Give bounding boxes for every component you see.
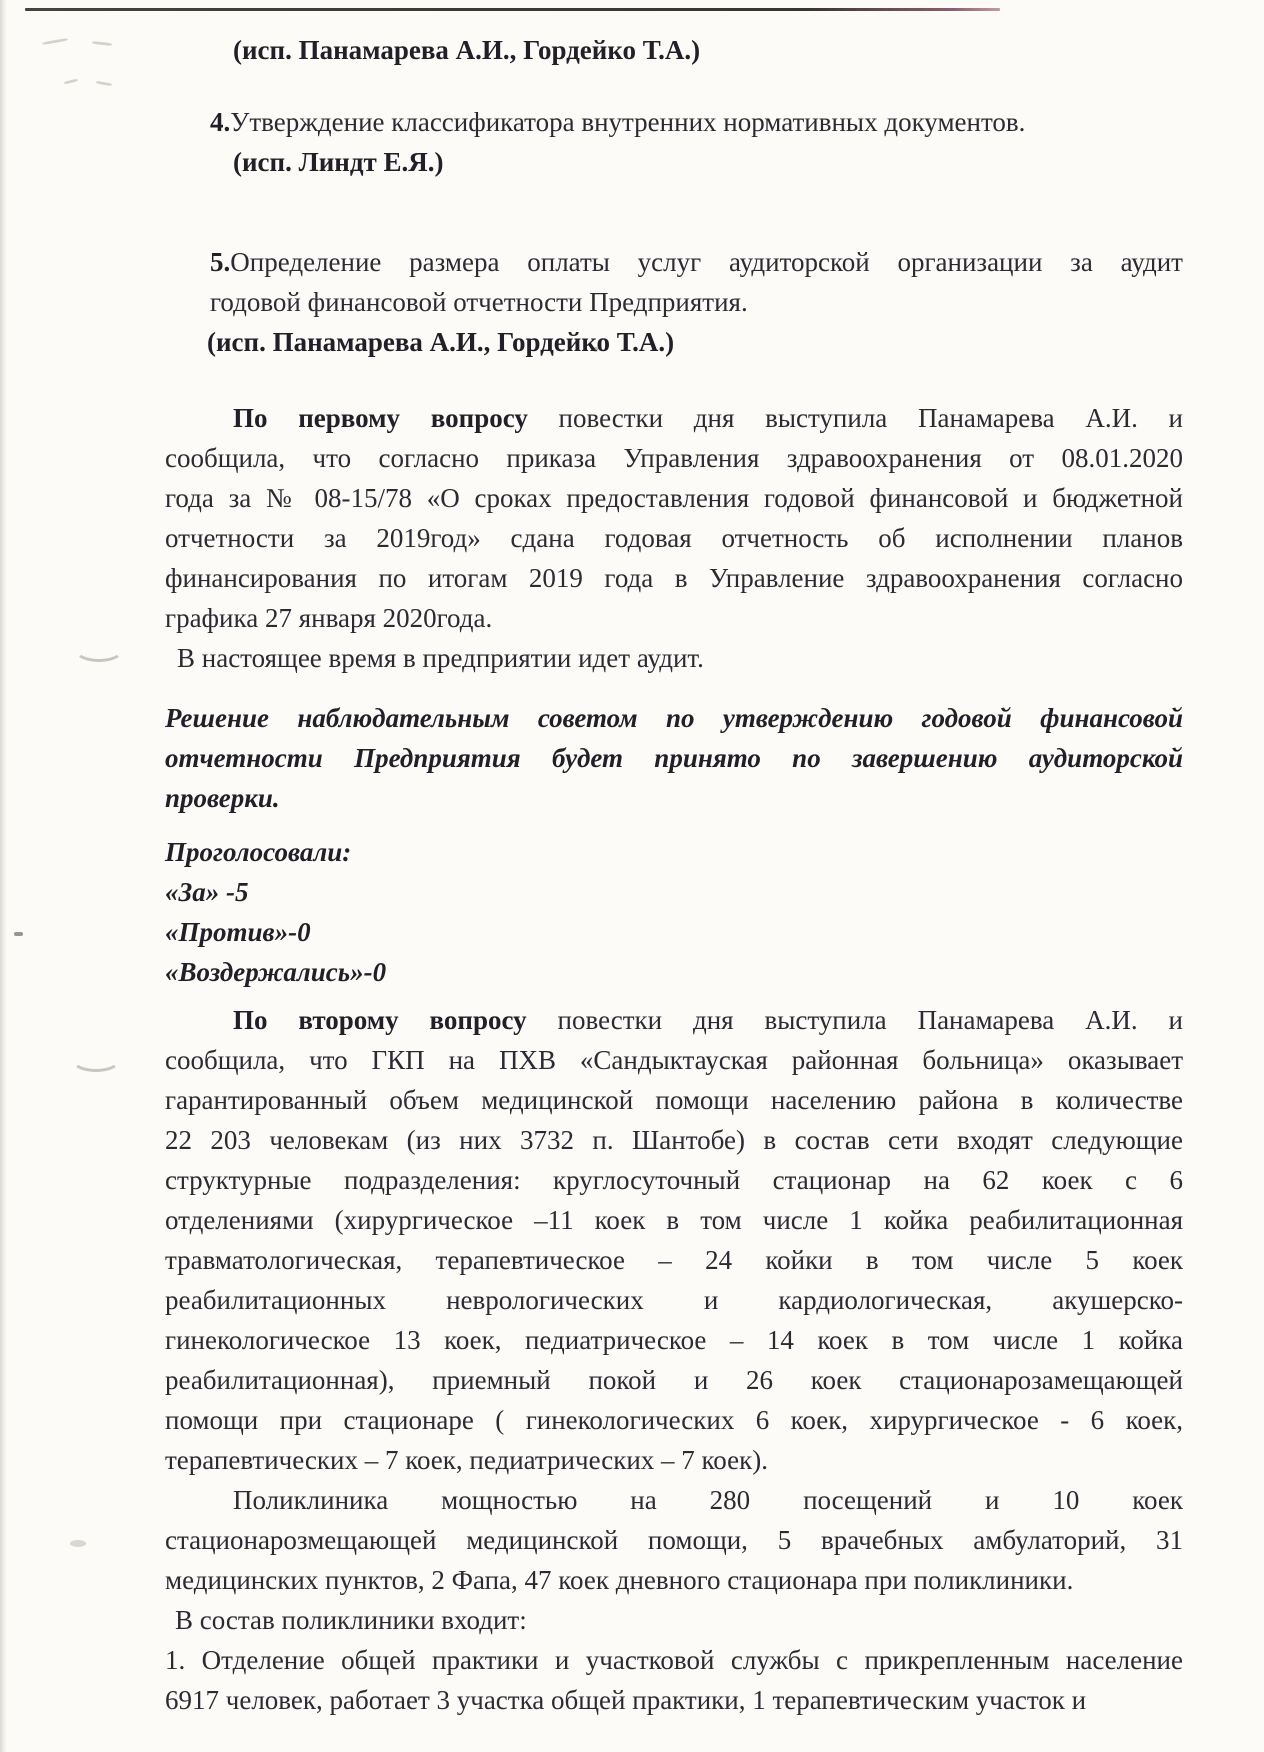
voting-results-line: Проголосовали: bbox=[165, 832, 1183, 872]
scanner-edge-shadow bbox=[0, 0, 7, 1752]
scan-artifact-pencil-mark bbox=[92, 41, 112, 46]
text-segment: 4. bbox=[210, 107, 230, 137]
question-2-paragraph-line: гинекологическое 13 коек, педиатрическое… bbox=[165, 1320, 1183, 1360]
question-2-paragraph-line: медицинских пунктов, 2 Фапа, 47 коек дне… bbox=[165, 1560, 1183, 1600]
voting-results-line: «Воздержались»-0 bbox=[165, 952, 1183, 992]
text-segment: отделениями (хирургическое –11 коек в то… bbox=[165, 1205, 1183, 1235]
text-segment: гарантированный объем медицинской помощи… bbox=[165, 1085, 1183, 1115]
scan-artifact-smudge bbox=[70, 1540, 86, 1547]
text-segment: отчетности Предприятия будет принято по … bbox=[165, 743, 1183, 773]
agenda-item-5-line: (исп. Панамарева А.И., Гордейко Т.А.) bbox=[165, 322, 1183, 362]
question-2-paragraph-line: По второму вопросу повестки дня выступил… bbox=[165, 1000, 1183, 1040]
text-segment: повестки дня выступила Панамарева А.И. и bbox=[528, 403, 1183, 433]
question-2-paragraph-line: терапевтических – 7 коек, педиатрических… bbox=[165, 1440, 1183, 1480]
question-2-paragraph-line: реабилитационная), приемный покой и 26 к… bbox=[165, 1360, 1183, 1400]
executors-line-top-line: (исп. Панамарева А.И., Гордейко Т.А.) bbox=[165, 30, 1183, 70]
decision-paragraph-line: Решение наблюдательным советом по утверж… bbox=[165, 698, 1183, 738]
question-1-paragraph-line: графика 27 января 2020года. bbox=[165, 598, 1183, 638]
text-segment: терапевтических – 7 коек, педиатрических… bbox=[165, 1445, 768, 1475]
text-segment: сообщила, что согласно приказа Управлени… bbox=[165, 443, 1183, 473]
document-body: (исп. Панамарева А.И., Гордейко Т.А.)4.У… bbox=[165, 30, 1183, 1720]
text-segment: Определение размера оплаты услуг аудитор… bbox=[230, 247, 1183, 277]
text-segment: повестки дня выступила Панамарева А.И. и bbox=[527, 1005, 1183, 1035]
question-1-paragraph-line: В настоящее время в предприятии идет ауд… bbox=[165, 638, 1183, 678]
text-segment: отчетности за 2019год» сдана годовая отч… bbox=[165, 523, 1183, 553]
executors-line-top: (исп. Панамарева А.И., Гордейко Т.А.) bbox=[165, 30, 1183, 70]
question-1-paragraph-line: По первому вопросу повестки дня выступил… bbox=[165, 398, 1183, 438]
scan-artifact-curved-mark bbox=[74, 636, 124, 662]
decision-paragraph-line: отчетности Предприятия будет принято по … bbox=[165, 738, 1183, 778]
question-1-paragraph: По первому вопросу повестки дня выступил… bbox=[165, 398, 1183, 678]
text-segment: помощи при стационаре ( гинекологических… bbox=[165, 1405, 1183, 1435]
text-segment: Утверждение классификатора внутренних но… bbox=[230, 107, 1025, 137]
text-segment: (исп. Линдт Е.Я.) bbox=[233, 147, 444, 177]
question-2-paragraph-line: гарантированный объем медицинской помощи… bbox=[165, 1080, 1183, 1120]
text-segment: Решение наблюдательным советом по утверж… bbox=[165, 703, 1183, 733]
text-segment: гинекологическое 13 коек, педиатрическое… bbox=[165, 1325, 1183, 1355]
agenda-item-5-line: 5.Определение размера оплаты услуг аудит… bbox=[165, 242, 1183, 282]
scanned-document-page: (исп. Панамарева А.И., Гордейко Т.А.)4.У… bbox=[0, 0, 1264, 1752]
text-segment: годовой финансовой отчетности Предприяти… bbox=[210, 287, 748, 317]
text-segment: года за № 08-15/78 «О сроках предоставле… bbox=[165, 483, 1183, 513]
text-segment: В состав поликлиники входит: bbox=[175, 1605, 527, 1635]
question-2-paragraph-line: 1. Отделение общей практики и участковой… bbox=[165, 1640, 1183, 1680]
text-segment: «Против»-0 bbox=[165, 917, 311, 947]
question-2-paragraph-line: отделениями (хирургическое –11 коек в то… bbox=[165, 1200, 1183, 1240]
question-1-paragraph-line: отчетности за 2019год» сдана годовая отч… bbox=[165, 518, 1183, 558]
scan-artifact-top-line bbox=[25, 8, 1000, 11]
text-segment: По второму вопросу bbox=[233, 1005, 527, 1035]
question-2-paragraph-line: травматологическая, терапевтическое – 24… bbox=[165, 1240, 1183, 1280]
text-segment: В настоящее время в предприятии идет ауд… bbox=[177, 643, 704, 673]
text-segment: 6917 человек, работает 3 участка общей п… bbox=[165, 1685, 1086, 1715]
text-segment: травматологическая, терапевтическое – 24… bbox=[165, 1245, 1183, 1275]
text-segment: реабилитационных неврологических и карди… bbox=[165, 1285, 1183, 1315]
text-segment: (исп. Панамарева А.И., Гордейко Т.А.) bbox=[207, 327, 674, 357]
text-segment: финансирования по итогам 2019 года в Упр… bbox=[165, 563, 1183, 593]
voting-results: Проголосовали:«За» -5«Против»-0«Воздержа… bbox=[165, 832, 1183, 992]
text-segment: сообщила, что ГКП на ПХВ «Сандыктауская … bbox=[165, 1045, 1183, 1075]
text-segment: 22 203 человекам (из них 3732 п. Шантобе… bbox=[165, 1125, 1183, 1155]
question-2-paragraph-line: стационарозмещающей медицинской помощи, … bbox=[165, 1520, 1183, 1560]
agenda-item-4-line: (исп. Линдт Е.Я.) bbox=[165, 142, 1183, 182]
text-segment: 1. Отделение общей практики и участковой… bbox=[165, 1645, 1183, 1675]
decision-paragraph: Решение наблюдательным советом по утверж… bbox=[165, 698, 1183, 818]
question-2-paragraph-line: 6917 человек, работает 3 участка общей п… bbox=[165, 1680, 1183, 1720]
text-segment: «Воздержались»-0 bbox=[165, 957, 386, 987]
question-2-paragraph-line: структурные подразделения: круглосуточны… bbox=[165, 1160, 1183, 1200]
decision-paragraph-line: проверки. bbox=[165, 778, 1183, 818]
agenda-item-4: 4.Утверждение классификатора внутренних … bbox=[165, 102, 1183, 182]
text-segment: проверки. bbox=[165, 783, 280, 813]
question-2-paragraph-line: Поликлиника мощностью на 280 посещений и… bbox=[165, 1480, 1183, 1520]
agenda-item-4-line: 4.Утверждение классификатора внутренних … bbox=[165, 102, 1183, 142]
scan-artifact-curved-mark bbox=[71, 1046, 121, 1072]
question-1-paragraph-line: сообщила, что согласно приказа Управлени… bbox=[165, 438, 1183, 478]
text-segment: «За» -5 bbox=[165, 877, 248, 907]
question-1-paragraph-line: финансирования по итогам 2019 года в Упр… bbox=[165, 558, 1183, 598]
question-2-paragraph-line: помощи при стационаре ( гинекологических… bbox=[165, 1400, 1183, 1440]
text-segment: стационарозмещающей медицинской помощи, … bbox=[165, 1525, 1183, 1555]
scan-artifact-pencil-mark bbox=[42, 38, 68, 45]
text-segment: (исп. Панамарева А.И., Гордейко Т.А.) bbox=[233, 35, 700, 65]
question-2-paragraph-line: 22 203 человекам (из них 3732 п. Шантобе… bbox=[165, 1120, 1183, 1160]
text-segment: По первому вопросу bbox=[233, 403, 528, 433]
voting-results-line: «За» -5 bbox=[165, 872, 1183, 912]
text-segment: графика 27 января 2020года. bbox=[165, 603, 492, 633]
agenda-item-5: 5.Определение размера оплаты услуг аудит… bbox=[165, 242, 1183, 362]
voting-results-line: «Против»-0 bbox=[165, 912, 1183, 952]
question-2-paragraph: По второму вопросу повестки дня выступил… bbox=[165, 1000, 1183, 1720]
text-segment: Поликлиника мощностью на 280 посещений и… bbox=[233, 1485, 1183, 1515]
text-segment: Проголосовали: bbox=[165, 837, 351, 867]
question-2-paragraph-line: В состав поликлиники входит: bbox=[165, 1600, 1183, 1640]
text-segment: 5. bbox=[210, 247, 230, 277]
text-segment: структурные подразделения: круглосуточны… bbox=[165, 1165, 1183, 1195]
scan-artifact-dot bbox=[14, 932, 23, 936]
text-segment: медицинских пунктов, 2 Фапа, 47 коек дне… bbox=[165, 1565, 1073, 1595]
scan-artifact-pencil-mark bbox=[96, 81, 112, 87]
question-1-paragraph-line: года за № 08-15/78 «О сроках предоставле… bbox=[165, 478, 1183, 518]
question-2-paragraph-line: сообщила, что ГКП на ПХВ «Сандыктауская … bbox=[165, 1040, 1183, 1080]
text-segment: реабилитационная), приемный покой и 26 к… bbox=[165, 1365, 1183, 1395]
scan-artifact-pencil-mark bbox=[64, 78, 78, 84]
question-2-paragraph-line: реабилитационных неврологических и карди… bbox=[165, 1280, 1183, 1320]
agenda-item-5-line: годовой финансовой отчетности Предприяти… bbox=[165, 282, 1183, 322]
